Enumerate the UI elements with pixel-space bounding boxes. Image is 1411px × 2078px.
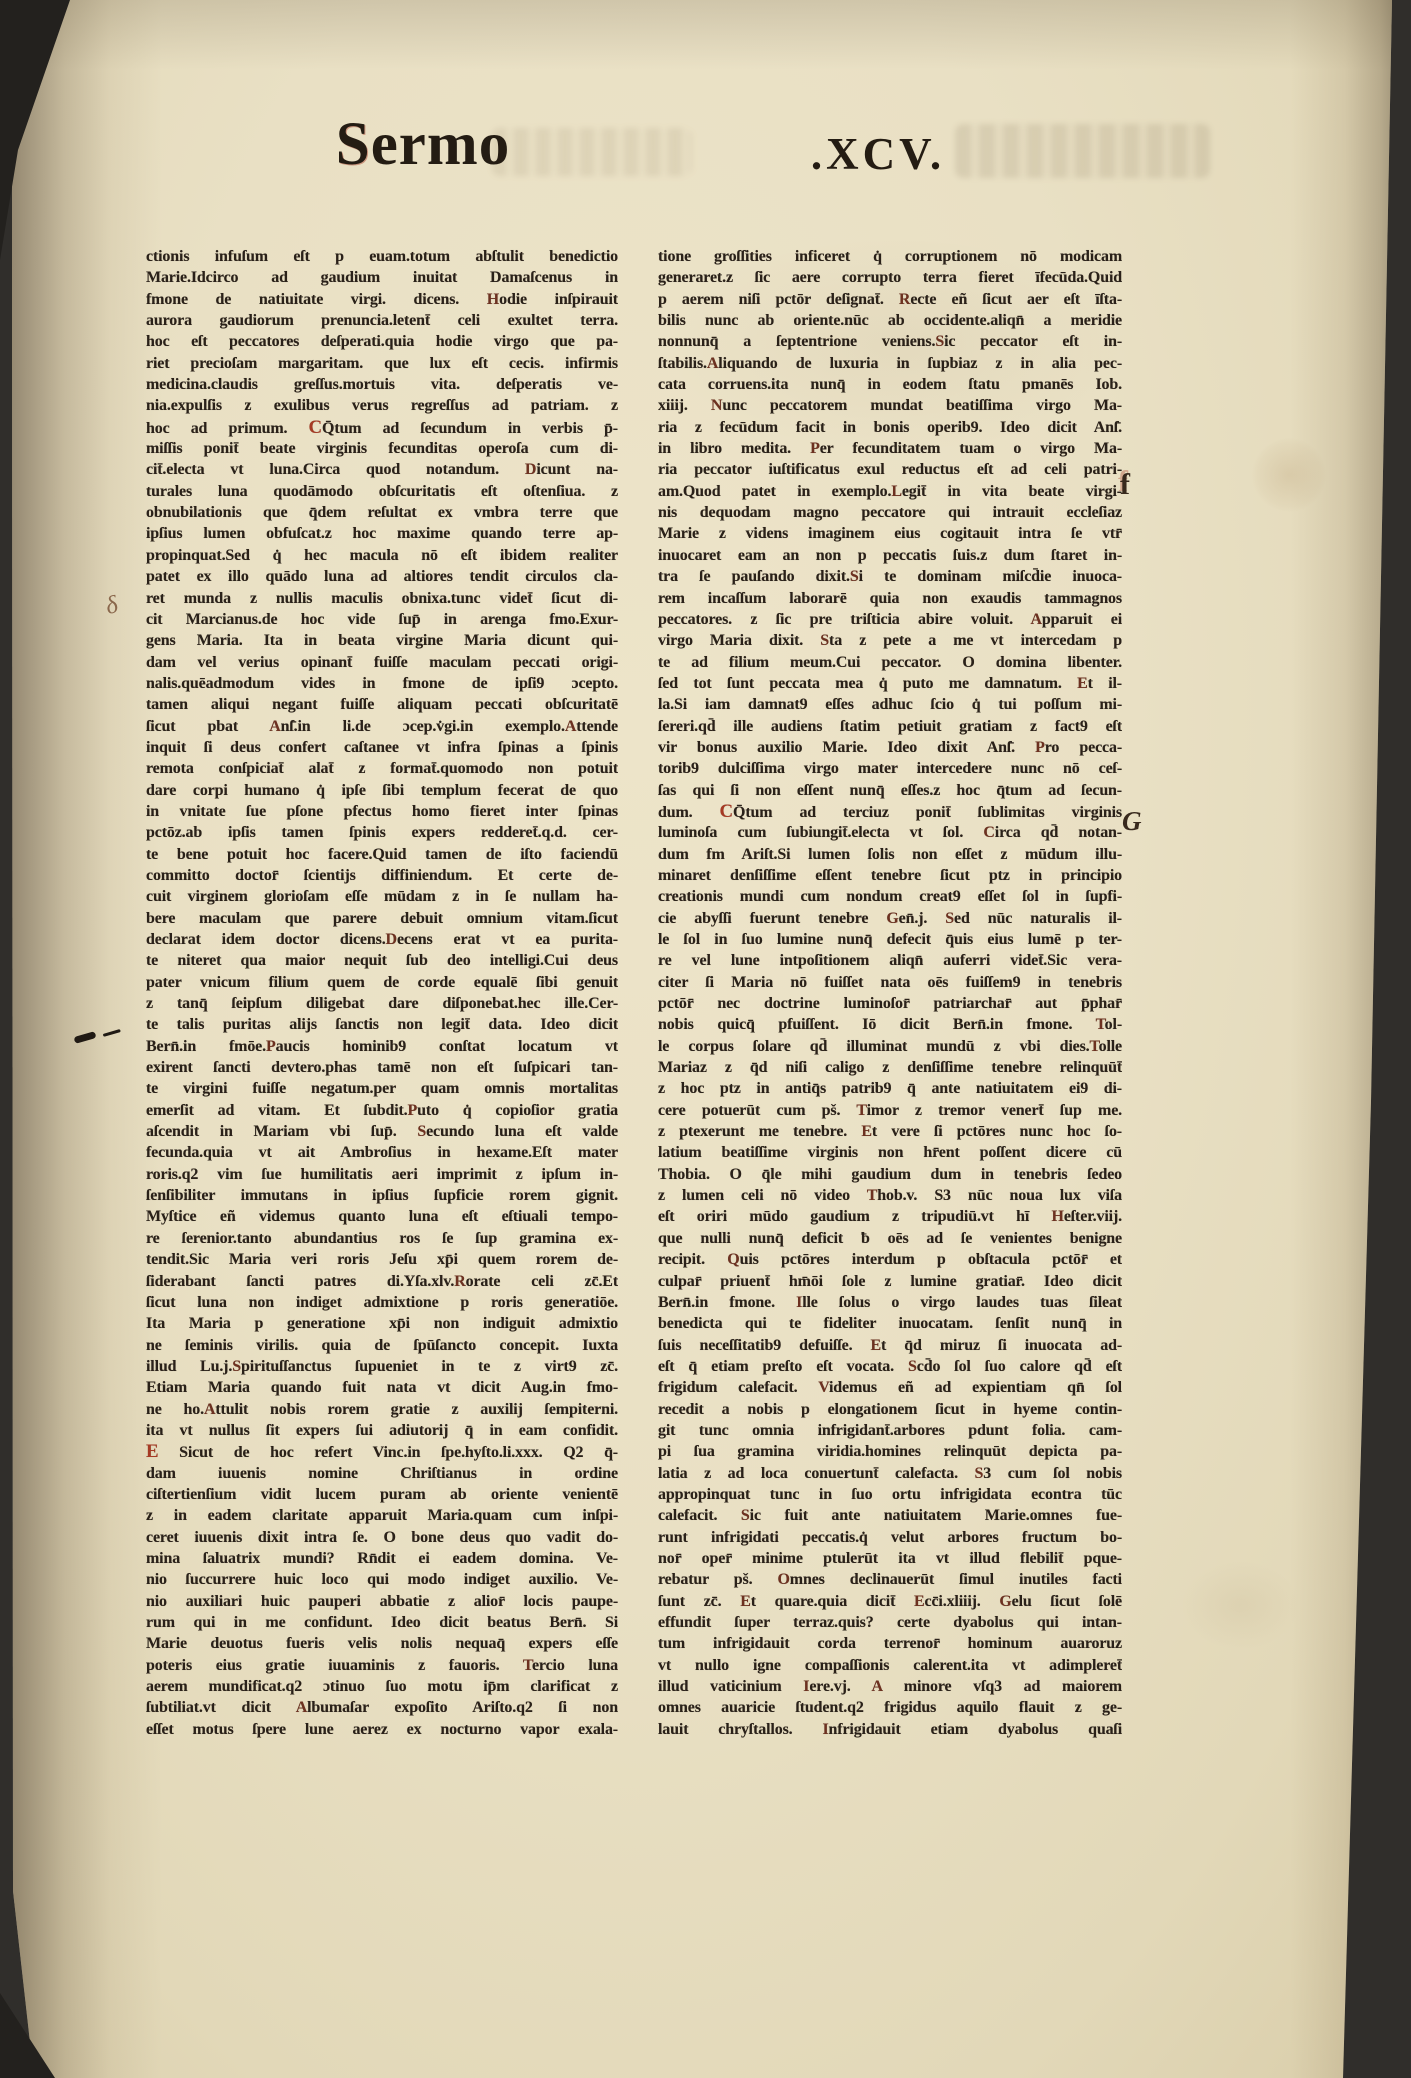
text-line: committo doctor̄ ſcientijs diffiniendum.…	[146, 865, 618, 886]
red-touched-initial: S	[417, 1123, 426, 1140]
text-line: culpar̄ priuent̄ hm̄ōi ſole z lumine gra…	[658, 1271, 1122, 1292]
text-line: rum qui in me confidunt. Ideo dicit beat…	[146, 1612, 618, 1633]
text-line: fecunda.quia vt ait Ambroſius in hexame.…	[146, 1142, 618, 1163]
text-line: omnes auaricie ſtudent.q2 frigidus aquil…	[658, 1697, 1122, 1718]
paper-stain	[1180, 1560, 1300, 1650]
text-line: poteris eius gratie iuuaminis z fauoris.…	[146, 1655, 618, 1676]
text-line: miſſis ponit̄ beate virginis fecunditas …	[146, 438, 618, 459]
text-line: ciſtertienſium vidit lucem puram ab orie…	[146, 1484, 618, 1505]
red-touched-initial: P	[810, 440, 820, 457]
red-touched-initial: T	[856, 1102, 866, 1119]
text-column-right: tione groſſities inficeret q̇ corruption…	[658, 246, 1122, 1740]
text-line: runt infrigidati peccatis.q̇ velut arbor…	[658, 1527, 1122, 1548]
text-line: ſed tot ſunt peccata mea q̇ puto me damn…	[658, 673, 1122, 694]
red-touched-initial: I	[796, 1294, 802, 1311]
text-line: am.Quod patet in exemplo.Legit̄ in vita …	[658, 481, 1122, 502]
paper-stain	[1252, 438, 1326, 512]
red-touched-initial: S	[850, 568, 859, 585]
text-line: Marie deuotus fueris velis nolis nequaq̄…	[146, 1633, 618, 1654]
text-line: virgo Maria dixit. Sta z pete a me vt in…	[658, 630, 1122, 651]
red-touched-initial: S	[741, 1507, 750, 1524]
text-line: z lumen celi nō video Thob.v. S3 nūc nou…	[658, 1185, 1122, 1206]
text-line: inuocaret eam an non p peccatis ſuis.z d…	[658, 545, 1122, 566]
text-line: le corpus ſolare qd̄ illuminat mundū z v…	[658, 1036, 1122, 1057]
rubric-mark: C	[309, 417, 322, 438]
red-touched-initial: O	[777, 1571, 789, 1588]
text-line: tum infrigidauit corda terrenor̄ hominum…	[658, 1633, 1122, 1654]
text-line: citer ſi Maria nō fuiſſet nata oēs fuiſſ…	[658, 972, 1122, 993]
text-line: illud vaticinium Iere.vj. A minore vſq3 …	[658, 1676, 1122, 1697]
red-touched-initial: D	[386, 931, 397, 948]
text-line: Mariaz z q̄d niſi caligo z denſiſſime te…	[658, 1057, 1122, 1078]
red-touched-initial: E	[1077, 675, 1088, 692]
red-touched-initial: G	[999, 1593, 1011, 1610]
text-line: ſenſibiliter immutans in ipſius ſupficie…	[146, 1185, 618, 1206]
text-line: vir bonus auxilio Marie. Ideo dixit Anſ̄…	[658, 737, 1122, 758]
text-line: xiiij. Nunc peccatorem mundat beatiſſima…	[658, 395, 1122, 416]
text-line: peccatores. z ſic pre triſticia abire vo…	[658, 609, 1122, 630]
red-touched-initial: C	[983, 824, 994, 841]
text-line: patet ex illo quādo luna ad altiores ten…	[146, 566, 618, 587]
text-line: hoc ad primum. CQ̄tum ad ſecundum in ver…	[146, 417, 618, 438]
red-touched-initial: S	[232, 1358, 241, 1375]
text-line: declarat idem doctor dicens.Decens erat …	[146, 929, 618, 950]
red-touched-initial: P	[266, 1038, 276, 1055]
red-touched-initial: T	[523, 1657, 532, 1674]
red-touched-initial: H	[1052, 1208, 1064, 1225]
text-line: Bern̄.in fmone. Ille ſolus o virgo laude…	[658, 1292, 1122, 1313]
text-line: cere potuerūt cum pš. Timor z tremor ven…	[658, 1100, 1122, 1121]
text-line: ne ho.Attulit nobis rorem gratie z auxil…	[146, 1399, 618, 1420]
fore-edge-shadow	[1290, 0, 1400, 2078]
text-line: emerſit ad vitam. Et ſubdit.Puto q̇ copi…	[146, 1100, 618, 1121]
red-touched-initial: T	[867, 1187, 878, 1204]
text-line: turales luna quodāmodo obſcuritatis eſt …	[146, 481, 618, 502]
text-line: eſſet motus ſpere lune aerez ex nocturno…	[146, 1719, 618, 1740]
red-touched-initial: E	[861, 1123, 872, 1140]
red-touched-initial: A	[872, 1678, 883, 1695]
red-touched-initial: P	[408, 1102, 418, 1119]
red-touched-initial: E	[740, 1593, 751, 1610]
folio-number: .XCV.	[728, 132, 1028, 177]
text-line: te virgini fuiſſe negatum.per quam omnis…	[146, 1078, 618, 1099]
text-line: inquit ſi deus confert caſtanee vt infra…	[146, 737, 618, 758]
red-touched-initial: V	[818, 1379, 829, 1396]
text-line: ret munda z nullis maculis obnixa.tunc v…	[146, 588, 618, 609]
text-line: hoc eſt peccatores deſperati.quia hodie …	[146, 331, 618, 352]
text-line: pi ſua gramina viridia.homines relinquūt…	[658, 1441, 1122, 1462]
text-line: dam vel verius opinant̄ fuiſſe maculam p…	[146, 652, 618, 673]
red-touched-initial: A	[707, 355, 718, 372]
top-edge-shadow	[0, 0, 1411, 70]
text-line: z tanq̄ ſeipſum diligebat dare diſponeba…	[146, 993, 618, 1014]
text-line: rem incaſſum laborarē quia non exaudis t…	[658, 588, 1122, 609]
text-line: in libro medita. Per fecunditatem tuam o…	[658, 438, 1122, 459]
text-line: dam iuuenis nomine Chriſtianus in ordine	[146, 1463, 618, 1484]
text-line: luminoſa cum ſubiungit̄.electa vt ſol. C…	[658, 822, 1122, 843]
running-title: Sermo	[258, 114, 588, 175]
text-line: gens Maria. Ita in beata virgine Maria d…	[146, 630, 618, 651]
text-line: re vel lune intpoſitionem aliqn̄ auferri…	[658, 950, 1122, 971]
red-touched-initial: P	[1035, 739, 1045, 756]
text-line: dum. CQ̄tum ad terciuz ponit̄ ſublimitas…	[658, 801, 1122, 822]
text-line: bere maculam que parere debuit omnium vi…	[146, 908, 618, 929]
red-touched-initial: L	[891, 483, 902, 500]
text-line: latium beatiſſime virginis non hr̄ent po…	[658, 1142, 1122, 1163]
text-line: recipit. Quis pctōres interdum p obſtacu…	[658, 1249, 1122, 1270]
rubric-mark: E	[146, 1441, 158, 1462]
text-line: pctōr̄ nec doctrine luminoſor̄ patriarch…	[658, 993, 1122, 1014]
text-line: vt nullo igne compaſſionis calerent.ita …	[658, 1655, 1122, 1676]
text-line: ipſius lumen obfuſcat.z hoc maxime quand…	[146, 523, 618, 544]
text-line: riet precioſam margaritam. que lux eſt c…	[146, 353, 618, 374]
text-line: cuit virginem glorioſam eſſe mūdam z in …	[146, 886, 618, 907]
red-touched-initial: G	[886, 910, 898, 927]
red-touched-initial: N	[711, 397, 722, 414]
text-line: ſiderabant ſancti patres di.Yſa.xlv.Rora…	[146, 1271, 618, 1292]
text-line: Thobia. O q̄le mihi gaudium dum in teneb…	[658, 1164, 1122, 1185]
text-line: nobis quicq̄ pfuiſſent. Iō dicit Bern̄.i…	[658, 1014, 1122, 1035]
red-touched-initial: S	[975, 1465, 984, 1482]
text-line: ita vt nullus ſit expers ſui adiutorij q…	[146, 1420, 618, 1441]
text-line: Bern̄.in fmōe.Paucis hominib9 conſtat lo…	[146, 1036, 618, 1057]
text-line: nis dequodam magno peccatore qui intraui…	[658, 502, 1122, 523]
text-line: te ad filium meum.Cui peccator. O domina…	[658, 652, 1122, 673]
book-page-paper: Sermo .XCV. ctionis infuſum eſt p euam.t…	[0, 0, 1411, 2078]
text-line: z hoc ptz in antiq̄s patrib9 q̄ ante nat…	[658, 1078, 1122, 1099]
text-line: cit̄.electa vt luna.Circa quod notandum.…	[146, 459, 618, 480]
red-touched-initial: S	[908, 1358, 917, 1375]
text-line: ceret iuuenis dixit intra ſe. O bone deu…	[146, 1527, 618, 1548]
text-line: creationis mundi cum nondum creat9 eſſet…	[658, 886, 1122, 907]
text-line: ſas qui ſi non eſſent nunq̄ eſſes.z hoc …	[658, 780, 1122, 801]
text-line: benedicta qui te fideliter inuocatam. ſe…	[658, 1313, 1122, 1334]
text-line: Myſtice eñ videmus quanto luna eſt eſtiu…	[146, 1206, 618, 1227]
text-line: aſcendit in Mariam vbi ſup̄. Secundo lun…	[146, 1121, 618, 1142]
margin-signature-f: f	[1120, 468, 1130, 502]
text-line: frigidum calefacit. Videmus eñ ad expien…	[658, 1377, 1122, 1398]
red-touched-initial: A	[565, 718, 576, 735]
text-line: que nulli nunq̄ deficit ƀ oēs ad ſe veni…	[658, 1228, 1122, 1249]
scanned-book-page: Sermo .XCV. ctionis infuſum eſt p euam.t…	[0, 0, 1411, 2078]
text-line: nio auxiliari huic pauperi abbatie z ali…	[146, 1591, 618, 1612]
red-touched-initial: A	[1030, 611, 1041, 628]
red-touched-initial: H	[487, 291, 499, 308]
text-line: torib9 dulciſſima virgo mater interceder…	[658, 758, 1122, 779]
red-touched-initial: I	[803, 1678, 809, 1695]
text-line: dare corpi humano q̇ ipſe ſibi templum f…	[146, 780, 618, 801]
text-line: nia.expulſis z exulibus verus regreſſus …	[146, 395, 618, 416]
text-line: ria z fecūdum facit in bonis operib9. Id…	[658, 417, 1122, 438]
text-line: recedit a nobis p elongationem ſicut in …	[658, 1399, 1122, 1420]
text-line: ne ſeminis virilis. quia de ſpūſancto co…	[146, 1335, 618, 1356]
rubric-mark: C	[720, 801, 733, 822]
text-line: z ptexerunt me tenebre. Et vere ſi pctōr…	[658, 1121, 1122, 1142]
text-line: ſuis neceſſitatib9 defuiſſe. Et q̄d miru…	[658, 1335, 1122, 1356]
text-line: git tunc omnia infrigidant̄.arbores pdun…	[658, 1420, 1122, 1441]
text-line: exirent ſancti devtero.phas tamē non eſt…	[146, 1057, 618, 1078]
text-line: ctionis infuſum eſt p euam.totum abſtuli…	[146, 246, 618, 267]
text-line: cie abyſſi fuerunt tenebre Gen̄.j. Sed n…	[658, 908, 1122, 929]
text-line: generaret.z ſic aere corrupto terra fier…	[658, 267, 1122, 288]
text-line: tamen aliqui negant fuiſſe aliquam pecca…	[146, 694, 618, 715]
text-line: aurora gaudiorum prenuncia.letent̄ celi …	[146, 310, 618, 331]
text-line: E Sicut de hoc refert Vinc.in ſpe.hyſto.…	[146, 1441, 618, 1462]
text-line: Marie.Idcirco ad gaudium inuitat Damaſce…	[146, 267, 618, 288]
text-line: ſunt zc̄. Et quare.quia dicit̄ Ecc̄i.xli…	[658, 1591, 1122, 1612]
text-line: Ita Maria p generatione xp̄i non indigui…	[146, 1313, 618, 1334]
text-line: latia z ad loca conuertunt̄ calefacta. S…	[658, 1463, 1122, 1484]
text-line: tendit.Sic Maria veri roris Jeſu xp̄i qu…	[146, 1249, 618, 1270]
text-line: medicina.claudis greſſus.mortuis vita. d…	[146, 374, 618, 395]
text-line: eſt q̄ etiam preſto eſt vocata. Scd̄o ſo…	[658, 1356, 1122, 1377]
red-touched-initial: R	[899, 291, 910, 308]
text-line: le ſol in ſuo lumine nunq̄ defecit q̄uis…	[658, 929, 1122, 950]
text-line: te niteret qua maior nequit ſub deo inte…	[146, 950, 618, 971]
text-line: bilis nunc ab oriente.nūc ab occidente.a…	[658, 310, 1122, 331]
text-line: ſicut pbat Anſ̄.in li.de ɔcep.v̇gi.in ex…	[146, 716, 618, 737]
text-line: remota conſpiciat̄ alat̄ z format̄.quomo…	[146, 758, 618, 779]
red-touched-initial: S	[820, 632, 829, 649]
text-line: te talis puritas alijs ſanctis non legit…	[146, 1014, 618, 1035]
text-line: rebatur pš. Omnes declinauerūt ſimul inu…	[658, 1569, 1122, 1590]
text-line: Marie z videns imaginem eius cogitauit i…	[658, 523, 1122, 544]
text-line: fmone de natiuitate virgi. dicens. Hodie…	[146, 289, 618, 310]
text-line: cata corruens.ita nunq̄ in eodem ſtatu p…	[658, 374, 1122, 395]
text-line: ſtabilis.Aliquando de luxuria in ſupbiaz…	[658, 353, 1122, 374]
text-line: illud Lu.j.Spirituſſanctus ſupueniet in …	[146, 1356, 618, 1377]
red-touched-initial: S	[935, 333, 944, 350]
text-line: Etiam Maria quando fuit nata vt dicit Au…	[146, 1377, 618, 1398]
text-line: pctōz.ab ipſis tamen ſpinis expers redde…	[146, 822, 618, 843]
text-line: ria peccator iuſtificatus exul reductus …	[658, 459, 1122, 480]
red-touched-initial: E	[914, 1593, 925, 1610]
red-touched-initial: E	[871, 1337, 882, 1354]
red-touched-initial: A	[296, 1699, 307, 1716]
text-line: z in eadem claritate apparuit Maria.quam…	[146, 1505, 618, 1526]
text-line: minaret denſiſſime eſſent tenebre ſicut …	[658, 865, 1122, 886]
text-line: in vnitate ſue pſone pfectus homo fieret…	[146, 801, 618, 822]
text-line: ſicut luna non indiget admixtione p rori…	[146, 1292, 618, 1313]
text-line: mina ſaluatrix mundi? Rn̄dit ei eadem do…	[146, 1548, 618, 1569]
text-line: ſubtiliat.vt dicit Albumaſar expoſito Ar…	[146, 1697, 618, 1718]
text-line: nonnunq̄ a ſeptentrione veniens.Sic pecc…	[658, 331, 1122, 352]
red-touched-initial: R	[454, 1273, 465, 1290]
red-touched-initial: T	[1090, 1038, 1099, 1055]
text-line: nor̄ oper̄ minime ptulerūt ita vt illud …	[658, 1548, 1122, 1569]
text-line: ſereri.qd̄ ille audiens ſtatim petiuit g…	[658, 716, 1122, 737]
text-line: effundit ſuper terraz.quis? certe dyabol…	[658, 1612, 1122, 1633]
text-line: tione groſſities inficeret q̇ corruption…	[658, 246, 1122, 267]
text-line: appropinquat tunc in ſuo ortu infrigidat…	[658, 1484, 1122, 1505]
red-touched-initial: A	[204, 1401, 215, 1418]
text-line: obnubilationis que q̄dem reſultat ex vmb…	[146, 502, 618, 523]
margin-signature-g: G	[1122, 806, 1142, 837]
text-column-left: ctionis infuſum eſt p euam.totum abſtuli…	[146, 246, 618, 1740]
red-touched-initial: D	[525, 461, 536, 478]
text-line: tra ſe pauſando dixit.Si te dominam miſc…	[658, 566, 1122, 587]
text-line: eſt oriri mūdo gaudium z tripudiū.vt hī …	[658, 1206, 1122, 1227]
red-touched-initial: I	[822, 1721, 828, 1738]
text-line: dum fm Ariſt.Si lumen ſolis non eſſet z …	[658, 844, 1122, 865]
text-line: lauit chryſtallos. Infrigidauit etiam dy…	[658, 1719, 1122, 1740]
text-line: calefacit. Sic fuit ante natiuitatem Mar…	[658, 1505, 1122, 1526]
red-touched-initial: S	[945, 910, 954, 927]
text-line: nalis.quēadmodum vides in fmone de ipſi9…	[146, 673, 618, 694]
red-touched-initial: T	[1096, 1016, 1105, 1033]
text-line: re ſerenior.tanto abundantius ros ſe ſup…	[146, 1228, 618, 1249]
text-line: p aerem niſi pctōr deſignat̄. Recte eñ ſ…	[658, 289, 1122, 310]
text-line: roris.q2 vim ſue humilitatis aeri imprim…	[146, 1164, 618, 1185]
text-line: la.Si iam damnat9 eſſes adhuc ſcio q̇ tu…	[658, 694, 1122, 715]
text-line: aerem mundificat.q2 ɔtinuo ſuo motu ip̄m…	[146, 1676, 618, 1697]
text-line: propinquat.Sed q̇ hec macula nō eſt ibid…	[146, 545, 618, 566]
text-line: cit Marcianus.de hoc vide ſup̄ in arenga…	[146, 609, 618, 630]
red-touched-initial: A	[269, 718, 280, 735]
text-line: pater vnicum filium quem de corde equalē…	[146, 972, 618, 993]
text-line: te bene potuit hoc facere.Quid tamen de …	[146, 844, 618, 865]
red-touched-initial: Q	[727, 1251, 739, 1268]
text-line: nio ſuccurrere huic loco qui modo indige…	[146, 1569, 618, 1590]
